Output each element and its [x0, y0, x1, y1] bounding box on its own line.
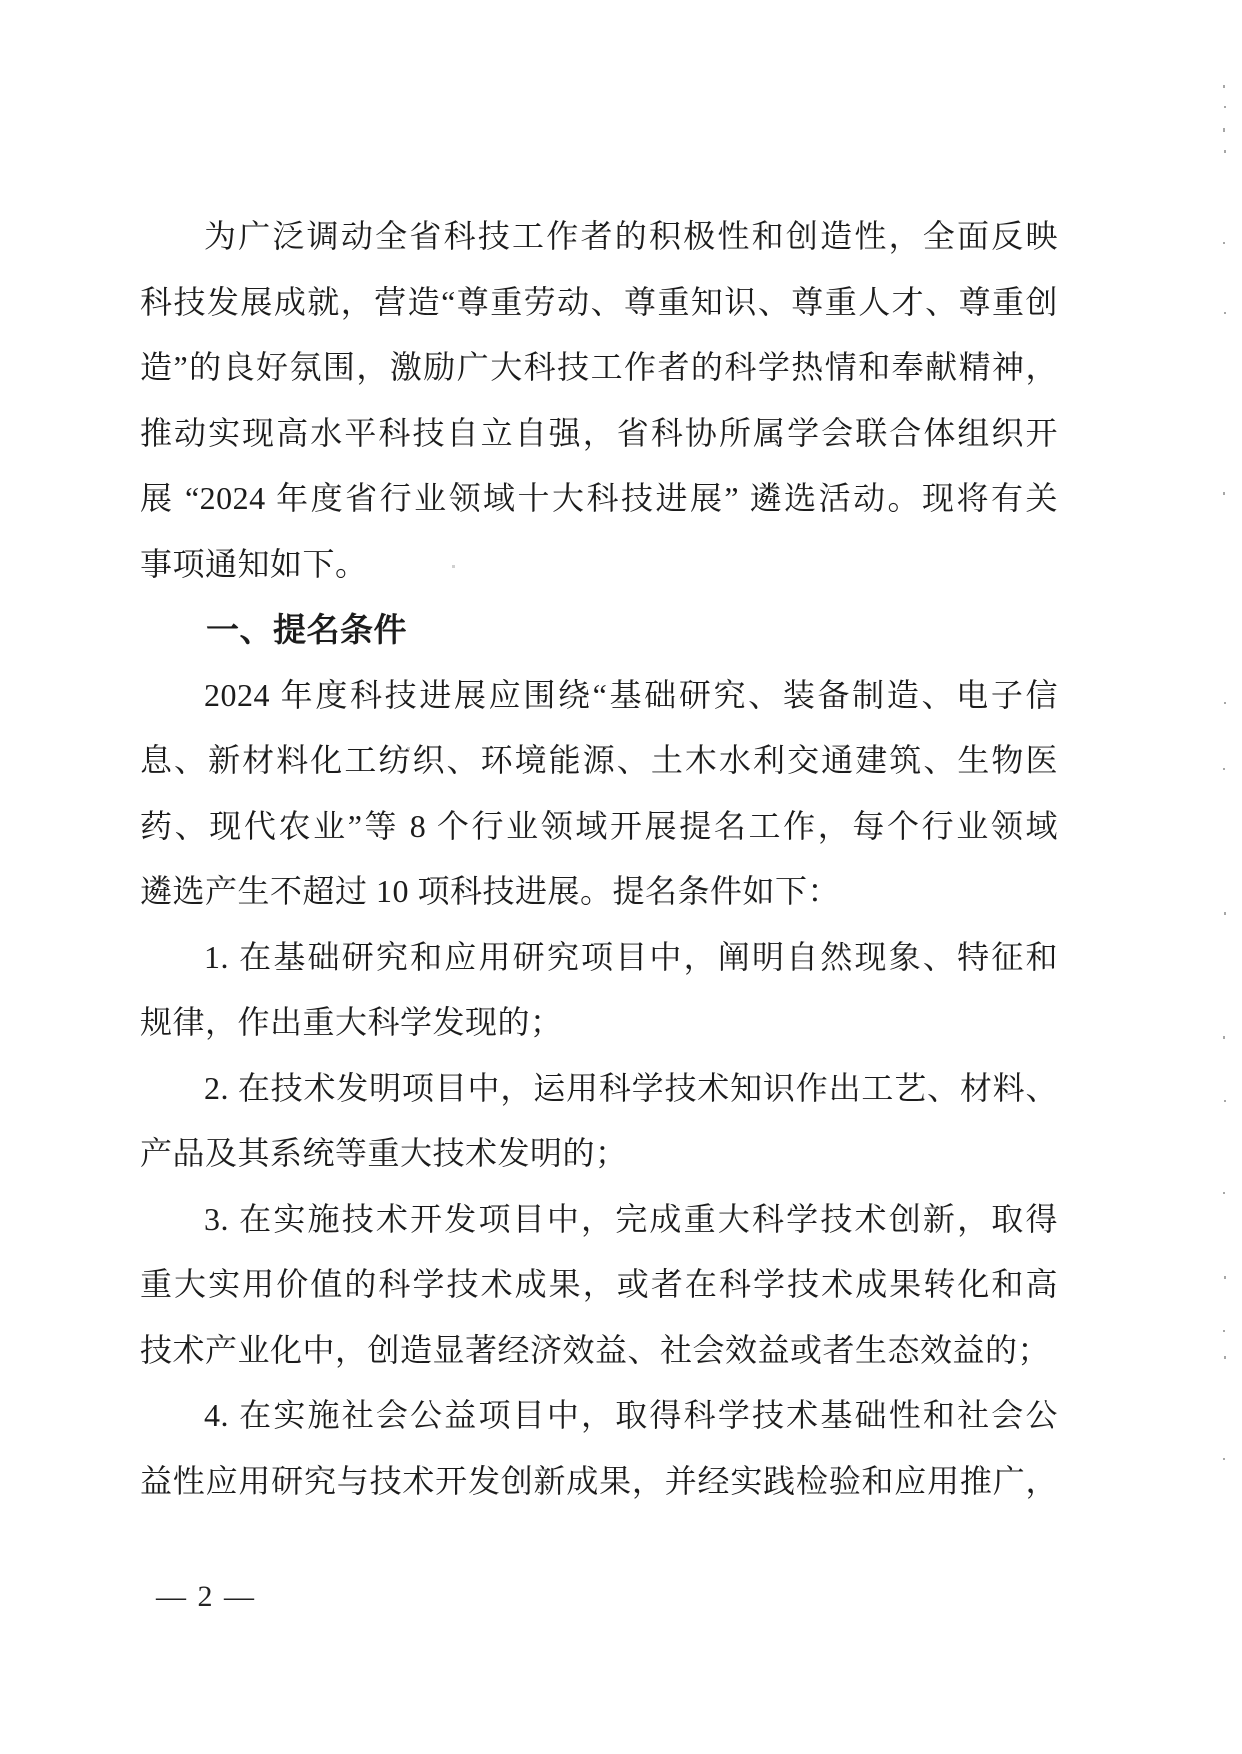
list-item-line: 2. 在技术发明项目中，运用科学技术知识作出工艺、材料、 — [140, 1056, 1058, 1122]
scan-speck — [1223, 1458, 1225, 1460]
scan-speck — [1224, 106, 1226, 108]
scan-speck — [407, 747, 410, 750]
list-item-line: 产品及其系统等重大技术发明的； — [140, 1121, 1058, 1187]
paragraph-line: 息、新材料化工纺织、环境能源、土木水利交通建筑、生物医 — [140, 728, 1058, 794]
paragraph-line: 造”的良好氛围，激励广大科技工作者的科学热情和奉献精神， — [140, 335, 1058, 401]
scan-speck — [1223, 85, 1225, 88]
page-number: — 2 — — [156, 1580, 256, 1614]
scan-speck — [1224, 150, 1226, 153]
scan-speck — [1224, 1276, 1226, 1279]
scan-speck — [1223, 492, 1225, 495]
paragraph-line: 科技发展成就，营造“尊重劳动、尊重知识、尊重人才、尊重创 — [140, 270, 1058, 336]
paragraph-line: 遴选产生不超过 10 项科技进展。提名条件如下： — [140, 859, 1058, 925]
list-item-line: 3. 在实施技术开发项目中，完成重大科学技术创新，取得 — [140, 1187, 1058, 1253]
scan-speck — [1223, 1036, 1225, 1039]
paragraph-line: 2024 年度科技进展应围绕“基础研究、装备制造、电子信 — [140, 663, 1058, 729]
paragraph-line: 药、现代农业”等 8 个行业领域开展提名工作，每个行业领域 — [140, 794, 1058, 860]
scan-speck — [1223, 128, 1225, 132]
list-item-line: 4. 在实施社会公益项目中，取得科学技术基础性和社会公 — [140, 1383, 1058, 1449]
list-item-line: 技术产业化中，创造显著经济效益、社会效益或者生态效益的； — [140, 1318, 1058, 1384]
scan-speck — [452, 565, 455, 568]
scan-speck — [1224, 1356, 1226, 1359]
section-heading: 一、提名条件 — [140, 597, 1058, 663]
scan-speck — [1224, 912, 1226, 915]
scan-speck — [1223, 768, 1225, 770]
document-body: 为广泛调动全省科技工作者的积极性和创造性，全面反映 科技发展成就，营造“尊重劳动… — [140, 204, 1058, 1514]
scan-speck — [1223, 1192, 1225, 1194]
list-item-line: 规律，作出重大科学发现的； — [140, 990, 1058, 1056]
paragraph-line: 展 “2024 年度省行业领域十大科技进展” 遴选活动。现将有关 — [140, 466, 1058, 532]
paragraph-line: 事项通知如下。 — [140, 532, 1058, 598]
list-item-line: 1. 在基础研究和应用研究项目中，阐明自然现象、特征和 — [140, 925, 1058, 991]
list-item-line: 益性应用研究与技术开发创新成果，并经实践检验和应用推广， — [140, 1449, 1058, 1515]
scan-speck — [1223, 242, 1225, 244]
scan-speck — [1224, 312, 1226, 314]
scan-speck — [1224, 1100, 1226, 1102]
scan-speck — [1223, 1330, 1225, 1332]
document-page: 为广泛调动全省科技工作者的积极性和创造性，全面反映 科技发展成就，营造“尊重劳动… — [0, 0, 1242, 1754]
scan-speck — [1224, 702, 1226, 704]
list-item-line: 重大实用价值的科学技术成果，或者在科学技术成果转化和高 — [140, 1252, 1058, 1318]
paragraph-line: 推动实现高水平科技自立自强，省科协所属学会联合体组织开 — [140, 401, 1058, 467]
paragraph-line: 为广泛调动全省科技工作者的积极性和创造性，全面反映 — [140, 204, 1058, 270]
